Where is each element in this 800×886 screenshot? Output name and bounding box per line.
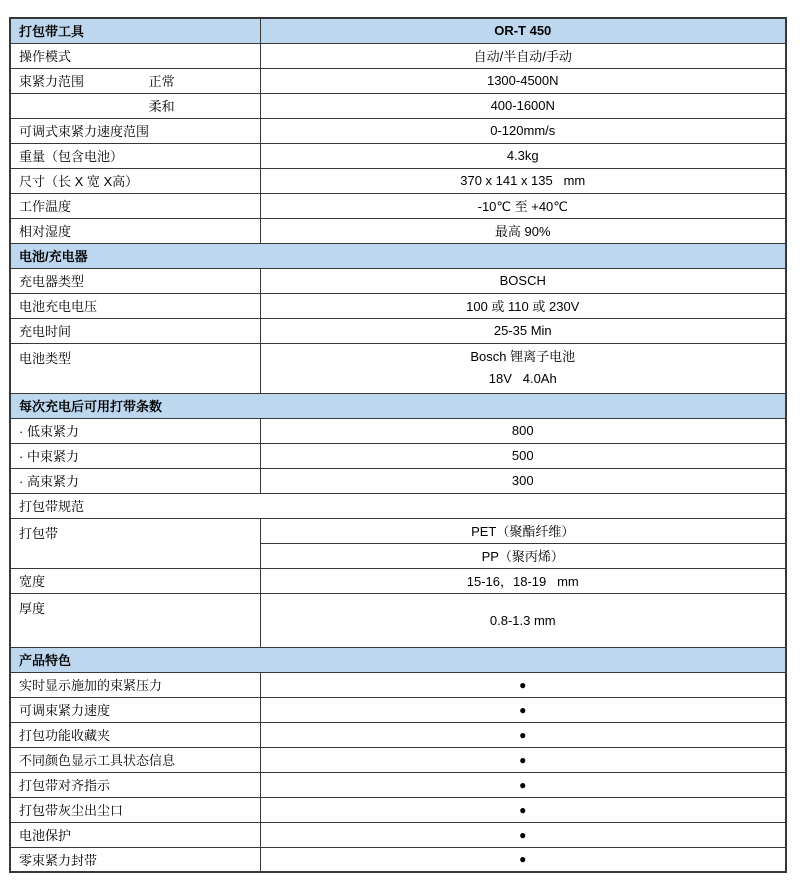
table-row: 不同颜色显示工具状态信息 ●	[10, 747, 786, 772]
table-title-label: 打包带工具	[10, 18, 260, 43]
feature-dot: ●	[260, 697, 786, 722]
row-label: 充电器类型	[10, 268, 260, 293]
feature-dot: ●	[260, 772, 786, 797]
row-label: · 中束紧力	[10, 443, 260, 468]
section-header-label: 产品特色	[10, 647, 786, 672]
row-value: 最高 90%	[260, 218, 786, 243]
table-row: · 高束紧力 300	[10, 468, 786, 493]
row-label: 充电时间	[10, 318, 260, 343]
row-value: PP（聚丙烯）	[260, 543, 786, 568]
table-row: · 低束紧力 800	[10, 418, 786, 443]
table-row: 重量（包含电池） 4.3kg	[10, 143, 786, 168]
row-value: PET（聚酯纤维）	[260, 518, 786, 543]
row-value: 15-16，18-19 mm	[260, 568, 786, 593]
subheading-label: 打包带规范	[10, 493, 786, 518]
table-row: 柔和 400-1600N	[10, 93, 786, 118]
feature-label: 实时显示施加的束紧压力	[10, 672, 260, 697]
feature-label: 可调束紧力速度	[10, 697, 260, 722]
table-row: 操作模式 自动/半自动/手动	[10, 43, 786, 68]
row-value: -10℃ 至 +40℃	[260, 193, 786, 218]
row-label: 工作温度	[10, 193, 260, 218]
feature-label: 零束紧力封带	[10, 847, 260, 872]
row-value: 4.3kg	[260, 143, 786, 168]
row-value: Bosch 锂离子电池 18V 4.0Ah	[260, 343, 786, 393]
table-row: 零束紧力封带 ●	[10, 847, 786, 872]
table-row: 可调束紧力速度 ●	[10, 697, 786, 722]
table-row: 打包带 PET（聚酯纤维）	[10, 518, 786, 543]
row-value: 400-1600N	[260, 93, 786, 118]
section-header-label: 每次充电后可用打带条数	[10, 393, 786, 418]
feature-dot: ●	[260, 722, 786, 747]
row-value: 300	[260, 468, 786, 493]
model-name: OR-T 450	[260, 18, 786, 43]
row-label-sub: 柔和	[149, 99, 175, 114]
section-header-row: 每次充电后可用打带条数	[10, 393, 786, 418]
row-label: 束紧力范围 正常	[10, 68, 260, 93]
table-row: 电池充电电压 100 或 110 或 230V	[10, 293, 786, 318]
row-value: 370 x 141 x 135 mm	[260, 168, 786, 193]
row-value: 1300-4500N	[260, 68, 786, 93]
table-row: 充电器类型 BOSCH	[10, 268, 786, 293]
table-row: 相对湿度 最高 90%	[10, 218, 786, 243]
row-value: 100 或 110 或 230V	[260, 293, 786, 318]
page: 打包带工具 OR-T 450 操作模式 自动/半自动/手动 束紧力范围 正常 1…	[0, 0, 800, 873]
row-label: · 高束紧力	[10, 468, 260, 493]
feature-dot: ●	[260, 847, 786, 872]
row-value: 0.8-1.3 mm	[260, 593, 786, 647]
table-row: · 中束紧力 500	[10, 443, 786, 468]
feature-label: 打包带灰尘出尘口	[10, 797, 260, 822]
row-label: 柔和	[10, 93, 260, 118]
table-row: 束紧力范围 正常 1300-4500N	[10, 68, 786, 93]
row-value: 500	[260, 443, 786, 468]
row-label: 厚度	[10, 593, 260, 647]
row-label: 可调式束紧力速度范围	[10, 118, 260, 143]
table-row: 电池保护 ●	[10, 822, 786, 847]
table-row: 电池类型 Bosch 锂离子电池 18V 4.0Ah	[10, 343, 786, 393]
table-row: 工作温度 -10℃ 至 +40℃	[10, 193, 786, 218]
row-label: 操作模式	[10, 43, 260, 68]
feature-label: 电池保护	[10, 822, 260, 847]
row-label: 尺寸（长 X 宽 X高）	[10, 168, 260, 193]
row-label: 电池类型	[10, 343, 260, 393]
row-value: 自动/半自动/手动	[260, 43, 786, 68]
table-row: 打包带灰尘出尘口 ●	[10, 797, 786, 822]
row-label: 打包带	[10, 518, 260, 568]
row-label: · 低束紧力	[10, 418, 260, 443]
section-header-row: 电池/充电器	[10, 243, 786, 268]
row-label: 重量（包含电池）	[10, 143, 260, 168]
battery-type-line2: 18V 4.0Ah	[269, 368, 778, 390]
row-value: 25-35 Min	[260, 318, 786, 343]
row-label: 相对湿度	[10, 218, 260, 243]
table-row: 充电时间 25-35 Min	[10, 318, 786, 343]
section-header-label: 电池/充电器	[10, 243, 786, 268]
table-row: 打包带规范	[10, 493, 786, 518]
feature-label: 打包带对齐指示	[10, 772, 260, 797]
row-value: 800	[260, 418, 786, 443]
spec-table: 打包带工具 OR-T 450 操作模式 自动/半自动/手动 束紧力范围 正常 1…	[9, 17, 787, 873]
feature-label: 打包功能收藏夹	[10, 722, 260, 747]
table-row: 尺寸（长 X 宽 X高） 370 x 141 x 135 mm	[10, 168, 786, 193]
row-label: 电池充电电压	[10, 293, 260, 318]
feature-dot: ●	[260, 747, 786, 772]
feature-dot: ●	[260, 672, 786, 697]
row-value: 0-120mm/s	[260, 118, 786, 143]
row-label-main: 束紧力范围	[19, 71, 145, 90]
table-title-row: 打包带工具 OR-T 450	[10, 18, 786, 43]
table-row: 打包功能收藏夹 ●	[10, 722, 786, 747]
table-row: 可调式束紧力速度范围 0-120mm/s	[10, 118, 786, 143]
feature-dot: ●	[260, 797, 786, 822]
table-row: 宽度 15-16，18-19 mm	[10, 568, 786, 593]
feature-label: 不同颜色显示工具状态信息	[10, 747, 260, 772]
row-value: BOSCH	[260, 268, 786, 293]
row-label: 宽度	[10, 568, 260, 593]
feature-dot: ●	[260, 822, 786, 847]
table-row: 打包带对齐指示 ●	[10, 772, 786, 797]
table-row: 厚度 0.8-1.3 mm	[10, 593, 786, 647]
row-label-sub: 正常	[149, 74, 175, 89]
section-header-row: 产品特色	[10, 647, 786, 672]
table-row: 实时显示施加的束紧压力 ●	[10, 672, 786, 697]
battery-type-line1: Bosch 锂离子电池	[269, 346, 778, 368]
